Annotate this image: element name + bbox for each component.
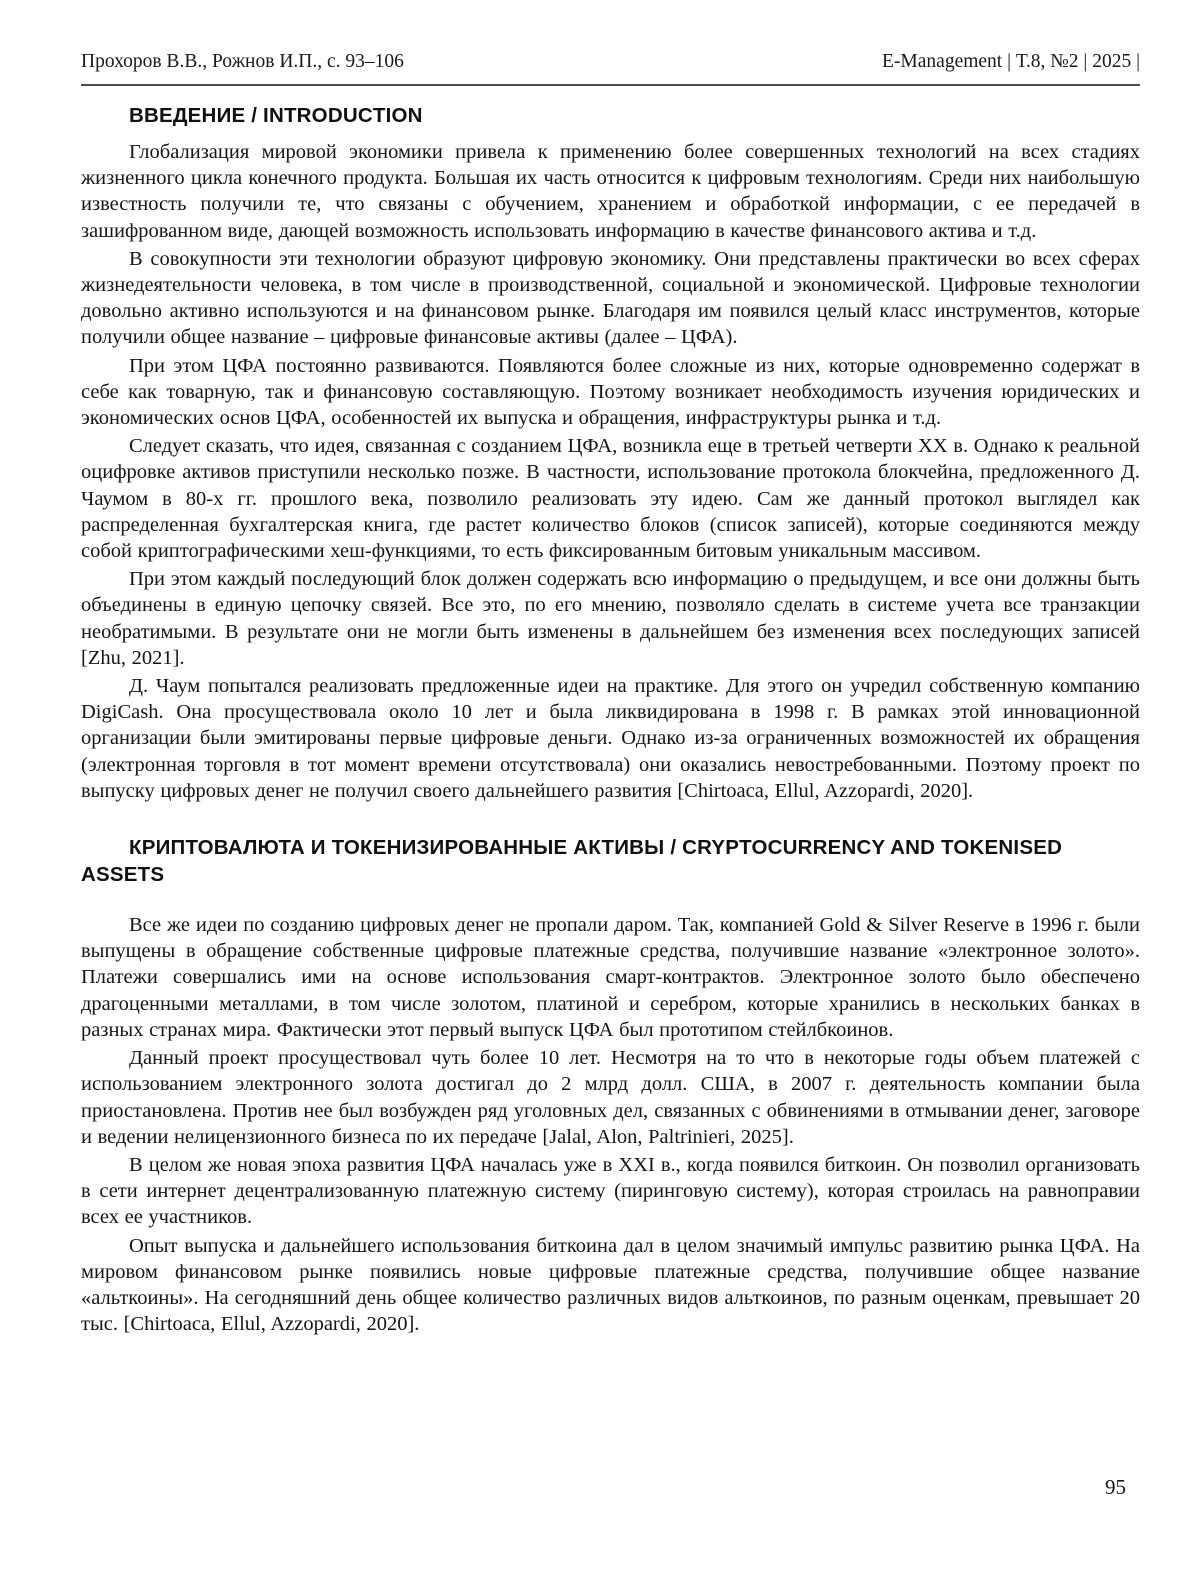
header-rule (81, 84, 1140, 86)
paragraph: При этом каждый последующий блок должен … (81, 566, 1140, 671)
running-head: Прохоров В.В., Рожнов И.П., с. 93–106 E-… (81, 50, 1140, 74)
paragraph: Д. Чаум попытался реализовать предложенн… (81, 673, 1140, 804)
section-introduction: ВВЕДЕНИЕ / INTRODUCTION Глобализация мир… (81, 102, 1140, 804)
running-head-journal: E-Management | Т.8, №2 | 2025 | (882, 50, 1140, 74)
paragraph: Глобализация мировой экономики привела к… (81, 139, 1140, 244)
section-heading-cryptocurrency: КРИПТОВАЛЮТА И ТОКЕНИЗИРОВАННЫЕ АКТИВЫ /… (81, 834, 1140, 888)
article-body: ВВЕДЕНИЕ / INTRODUCTION Глобализация мир… (81, 102, 1140, 1337)
section-cryptocurrency: КРИПТОВАЛЮТА И ТОКЕНИЗИРОВАННЫЕ АКТИВЫ /… (81, 834, 1140, 1337)
paragraph: В совокупности эти технологии образуют ц… (81, 246, 1140, 351)
paragraph: Данный проект просуществовал чуть более … (81, 1045, 1140, 1150)
section-heading-introduction: ВВЕДЕНИЕ / INTRODUCTION (81, 102, 1140, 129)
page-number: 95 (1105, 1475, 1126, 1500)
paragraph: В целом же новая эпоха развития ЦФА нача… (81, 1152, 1140, 1231)
paragraph: Все же идеи по созданию цифровых денег н… (81, 912, 1140, 1043)
paragraph: При этом ЦФА постоянно развиваются. Появ… (81, 353, 1140, 432)
paragraph: Опыт выпуска и дальнейшего использования… (81, 1233, 1140, 1338)
journal-page: Прохоров В.В., Рожнов И.П., с. 93–106 E-… (0, 0, 1200, 1582)
running-head-authors: Прохоров В.В., Рожнов И.П., с. 93–106 (81, 50, 404, 74)
paragraph: Следует сказать, что идея, связанная с с… (81, 433, 1140, 564)
